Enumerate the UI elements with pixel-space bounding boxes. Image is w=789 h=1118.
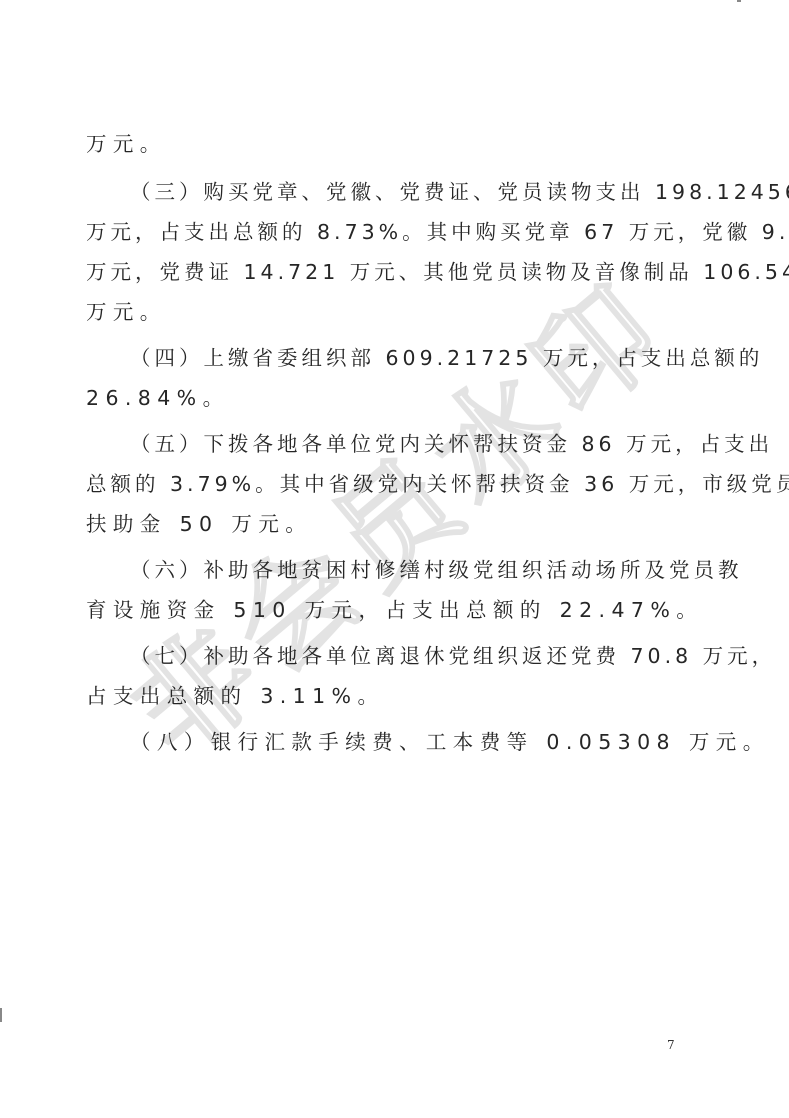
scan-edge-mark bbox=[0, 1008, 2, 1022]
paragraph-line: （三）购买党章、党徽、党费证、党员读物支出 198.12456 bbox=[130, 178, 676, 206]
paragraph-line: 万元，党费证 14.721 万元、其他党员读物及音像制品 106.54856 bbox=[86, 258, 676, 286]
paragraph-line: （七）补助各地各单位离退休党组织返还党费 70.8 万元， bbox=[130, 642, 676, 670]
scan-edge-mark bbox=[737, 0, 741, 2]
paragraph-line: 育设施资金 510 万元，占支出总额的 22.47%。 bbox=[86, 596, 676, 624]
paragraph-line: （六）补助各地贫困村修缮村级党组织活动场所及党员教 bbox=[130, 556, 676, 584]
page-number: 7 bbox=[667, 1038, 675, 1052]
paragraph-line: （五）下拨各地各单位党内关怀帮扶资金 86 万元，占支出 bbox=[130, 430, 676, 458]
document-page: 非 会 员 水 印 万元。 （三）购买党章、党徽、党费证、党员读物支出 198.… bbox=[0, 0, 789, 1118]
paragraph-line: 占支出总额的 3.11%。 bbox=[86, 682, 676, 710]
paragraph-line: 万元。 bbox=[86, 130, 676, 158]
paragraph-line: （四）上缴省委组织部 609.21725 万元，占支出总额的 bbox=[130, 344, 676, 372]
paragraph-line: 万元，占支出总额的 8.73%。其中购买党章 67 万元，党徽 9.855 bbox=[86, 218, 676, 246]
paragraph-line: 26.84%。 bbox=[86, 384, 676, 412]
paragraph-line: 扶助金 50 万元。 bbox=[86, 510, 676, 538]
paragraph-line: 总额的 3.79%。其中省级党内关怀帮扶资金 36 万元，市级党员 bbox=[86, 470, 676, 498]
paragraph-line: （八）银行汇款手续费、工本费等 0.05308 万元。 bbox=[130, 728, 676, 756]
paragraph-line: 万元。 bbox=[86, 298, 676, 326]
